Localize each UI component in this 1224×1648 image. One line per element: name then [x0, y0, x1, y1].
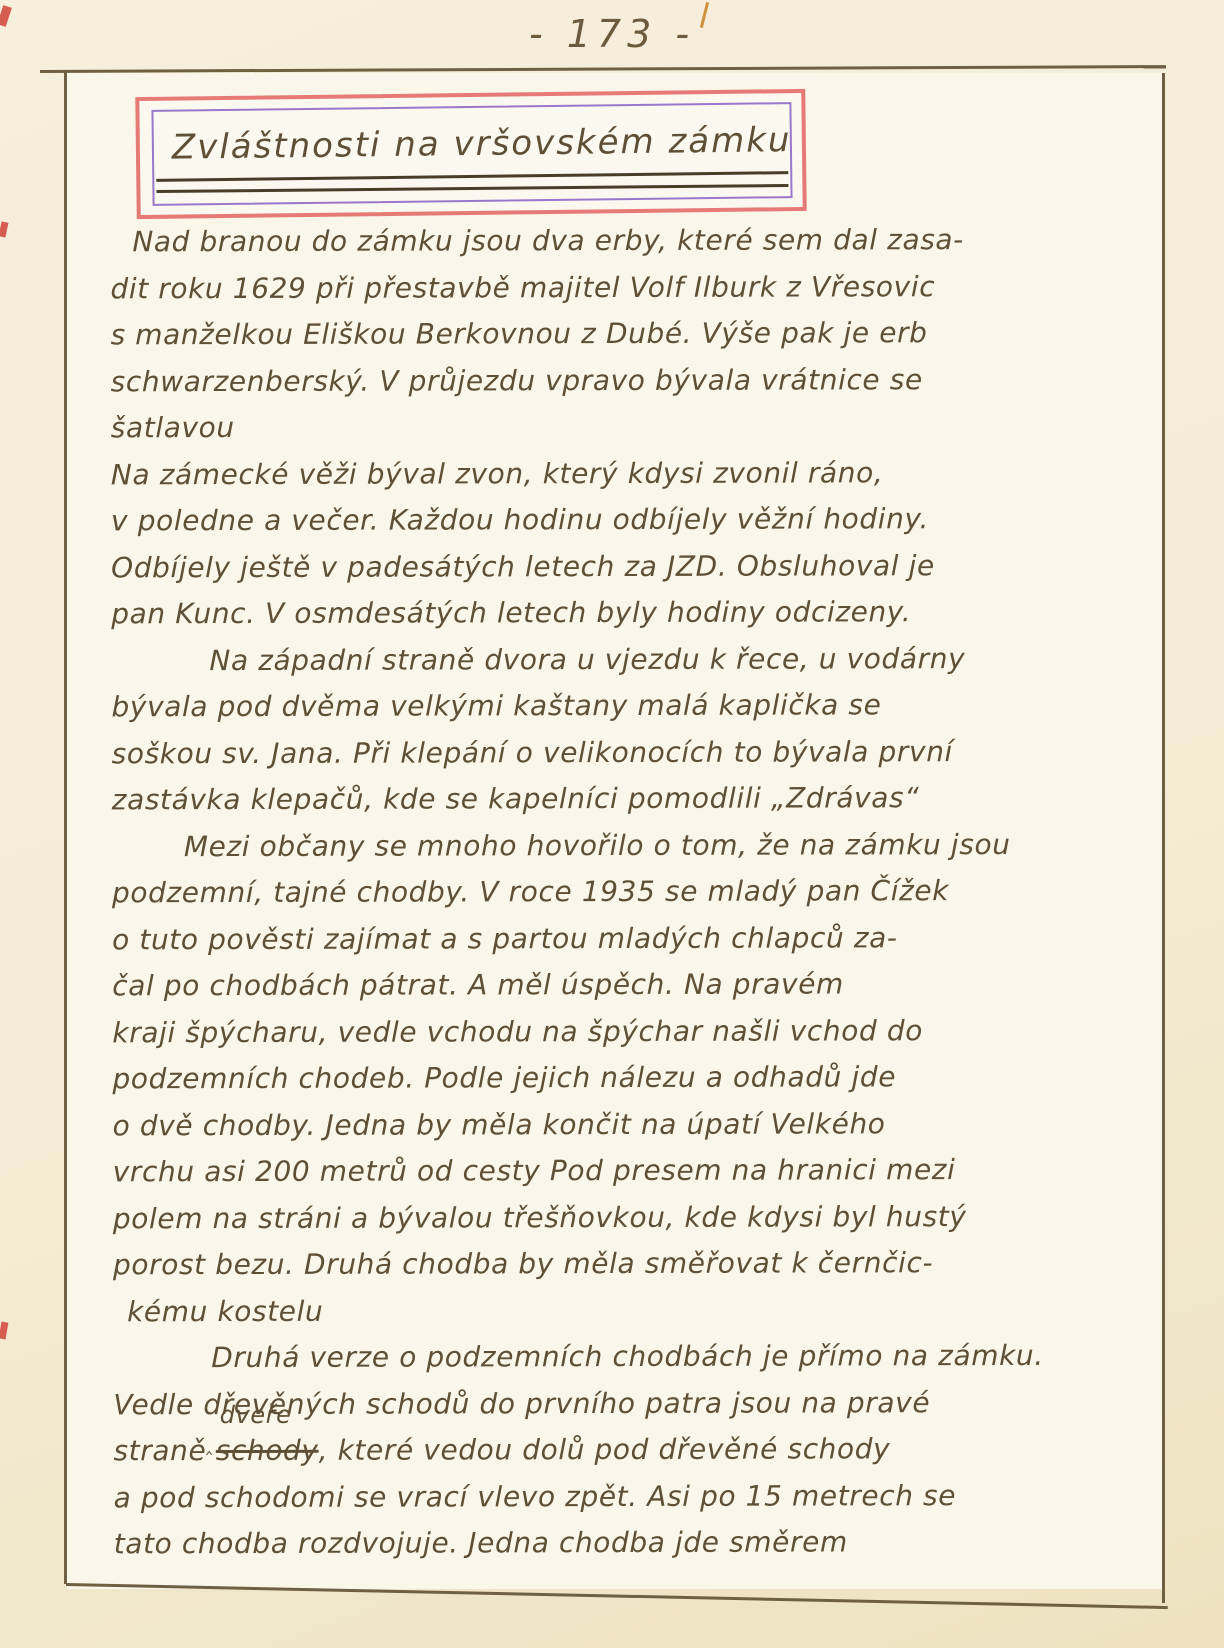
handwritten-line: o dvě chodby. Jedna by měla končit na úp…: [113, 1100, 1123, 1149]
handwritten-line: polem na stráni a bývalou třešňovkou, kd…: [113, 1193, 1123, 1242]
handwritten-line: kému kostelu: [113, 1286, 1123, 1335]
handwritten-line: Na zámecké věži býval zvon, který kdysi …: [111, 449, 1121, 498]
handwritten-line: porost bezu. Druhá chodba by měla směřov…: [113, 1240, 1123, 1289]
handwritten-line: podzemní, tajné chodby. V roce 1935 se m…: [112, 868, 1122, 917]
handwritten-line: podzemních chodeb. Podle jejich nálezu a…: [112, 1054, 1122, 1103]
handwritten-line: zastávka klepačů, kde se kapelníci pomod…: [112, 775, 1122, 824]
handwritten-line: Odbíjely ještě v padesátých letech za JZ…: [111, 542, 1121, 591]
scanned-manuscript-page: - 173 - Zvláštnosti na vršovském zámku N…: [0, 0, 1224, 1648]
handwritten-line: pan Kunc. V osmdesátých letech byly hodi…: [111, 589, 1121, 638]
handwritten-line: vrchu asi 200 metrů od cesty Pod presem …: [113, 1147, 1123, 1196]
stray-red-mark: [0, 1322, 8, 1340]
handwritten-line: Mezi občany se mnoho hovořilo o tom, že …: [112, 821, 1122, 870]
handwritten-body: Nad branou do zámku jsou dva erby, které…: [110, 217, 1124, 1568]
handwritten-line: Na západní straně dvora u vjezdu k řece,…: [111, 635, 1121, 684]
handwritten-line: a pod schodomi se vrací vlevo zpět. Asi …: [114, 1472, 1124, 1521]
title-box: Zvláštnosti na vršovském zámku: [135, 89, 806, 219]
correction-pre-text: straně: [113, 1434, 215, 1467]
handwritten-line: dit roku 1629 při přestavbě majitel Volf…: [110, 263, 1120, 312]
page-number: - 173 -: [0, 12, 1224, 56]
frame-top-line: [40, 65, 1166, 73]
title-box-inner-border: Zvláštnosti na vršovském zámku: [151, 102, 792, 206]
handwritten-line: šatlavou: [111, 403, 1121, 452]
handwritten-line: bývala pod dvěma velkými kaštany malá ka…: [111, 682, 1121, 731]
handwritten-line: o tuto pověsti zajímat a s partou mladýc…: [112, 914, 1122, 963]
correction-group: ‸dveřeschody: [216, 1428, 319, 1475]
correction-insertion: dveře: [220, 1403, 292, 1427]
page-title: Zvláštnosti na vršovském zámku: [172, 120, 782, 167]
handwritten-line: schwarzenberský. V průjezdu vpravo býval…: [111, 356, 1121, 405]
frame-right-line: [1162, 73, 1165, 1603]
handwritten-line: v poledne a večer. Každou hodinu odbíjel…: [111, 496, 1121, 545]
title-underline: [156, 171, 788, 182]
handwritten-line-with-correction: straně ‸dveřeschody, které vedou dolů po…: [113, 1426, 1123, 1475]
correction-post-text: , které vedou dolů pod dřevěné schody: [319, 1432, 891, 1466]
handwritten-line: Nad branou do zámku jsou dva erby, které…: [110, 217, 1120, 266]
handwritten-line: Druhá verze o podzemních chodbách je pří…: [113, 1333, 1123, 1382]
handwritten-line: čal po chodbách pátrat. A měl úspěch. Na…: [112, 961, 1122, 1010]
title-underline: [156, 184, 788, 193]
handwritten-line: soškou sv. Jana. Při klepání o velikonoc…: [112, 728, 1122, 777]
handwritten-line: s manželkou Eliškou Berkovnou z Dubé. Vý…: [110, 310, 1120, 359]
handwritten-line: kraji špýcharu, vedle vchodu na špýchar …: [112, 1007, 1122, 1056]
correction-caret-mark: ‸: [206, 1420, 214, 1467]
handwritten-line: tato chodba rozdvojuje. Jedna chodba jde…: [114, 1519, 1124, 1568]
correction-strikethrough: schody: [216, 1434, 319, 1467]
stray-red-mark: [0, 221, 8, 237]
frame-left-line: [64, 72, 67, 1584]
